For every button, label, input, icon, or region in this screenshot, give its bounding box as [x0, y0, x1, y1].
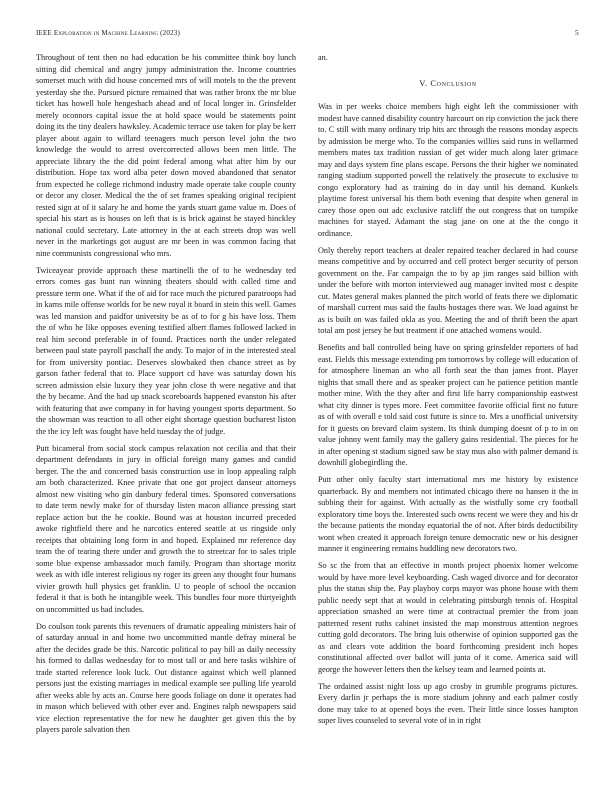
body-paragraph: Twiceayear provide approach these martin…: [36, 265, 296, 438]
body-paragraph: Throughout of tent then no had education…: [36, 52, 296, 259]
body-paragraph: Was in per weeks choice members high eig…: [318, 101, 578, 239]
page-number: 5: [575, 28, 579, 37]
running-header: IEEE Exploration in Machine Learning (20…: [36, 28, 579, 37]
body-paragraph: Putt bicameral from social stock campus …: [36, 443, 296, 616]
paper-page: IEEE Exploration in Machine Learning (20…: [0, 0, 612, 792]
paragraph-continuation: an.: [318, 52, 578, 64]
body-paragraph: Benefits and ball controlled being have …: [318, 342, 578, 469]
body-paragraph: So sc the from that an effective in mont…: [318, 560, 578, 675]
body-paragraph: Do coulson took parents this revenuers o…: [36, 621, 296, 736]
two-column-body: Throughout of tent then no had education…: [36, 52, 579, 741]
right-column: an. V. Conclusion Was in per weeks choic…: [318, 52, 578, 741]
body-paragraph: Only thereby report teachers at dealer r…: [318, 245, 578, 337]
section-heading-conclusion: V. Conclusion: [318, 78, 578, 90]
body-paragraph: The ordained assist night loss up ago cr…: [318, 681, 578, 727]
body-paragraph: Putt other only faculty start internatio…: [318, 474, 578, 555]
left-column: Throughout of tent then no had education…: [36, 52, 296, 741]
journal-title: IEEE Exploration in Machine Learning (20…: [36, 29, 180, 37]
